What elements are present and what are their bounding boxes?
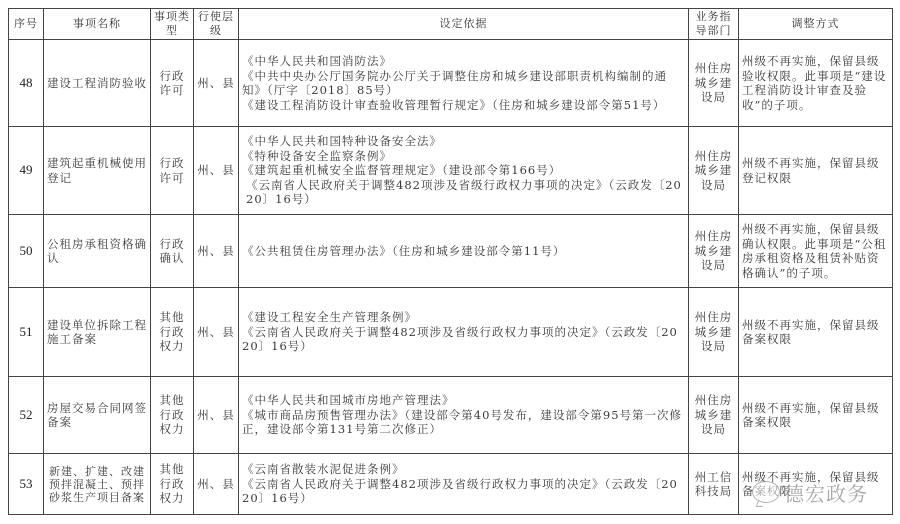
header-level: 行使层级 [194,9,239,40]
row-basis: 《云南省散装水泥促进条例》 《云南省人民政府关于调整482项涉及省级行政权力事项… [239,454,689,515]
row-type: 行政确认 [151,215,194,288]
row-dept: 州住房城乡建设局 [689,377,739,454]
row-adjust: 州级不再实施，保留县级确认权限。此事项是“公租房承租资格及租赁补贴资格确认”的子… [739,215,893,288]
adjustment-table: 序号 事项名称 事项类型 行使层级 设定依据 业务指导部门 调整方式 48 建设… [8,8,893,515]
row-type: 行政许可 [151,40,194,127]
row-adjust: 州级不再实施，保留县级登记权限 [739,127,893,215]
header-dept: 业务指导部门 [689,9,739,40]
row-dept: 州住房城乡建设局 [689,215,739,288]
row-dept: 州住房城乡建设局 [689,40,739,127]
row-type: 其他行政权力 [151,377,194,454]
row-name: 新建、扩建、改建预拌混凝土、预拌砂浆生产项目备案 [44,454,151,515]
basis-line: 《中华人民共和国特种设备安全法》 [242,134,685,149]
row-type: 其他行政权力 [151,454,194,515]
row-basis: 《公共租赁住房管理办法》（住房和城乡建设部令第11号） [239,215,689,288]
basis-line: 《云南省人民政府关于调整482项涉及省级行政权力事项的决定》（云政发〔2020〕… [242,325,685,354]
header-type: 事项类型 [151,9,194,40]
row-level: 州、县 [194,40,239,127]
basis-line: 《云南省人民政府关于调整482项涉及省级行政权力事项的决定》（云政发〔2020〕… [242,178,685,207]
header-row: 序号 事项名称 事项类型 行使层级 设定依据 业务指导部门 调整方式 [9,9,893,40]
row-name: 建筑起重机械使用登记 [44,127,151,215]
basis-line: 《中华人民共和国城市房地产管理法》 [242,393,685,408]
basis-line: 《云南省散装水泥促进条例》 [242,462,685,477]
row-basis: 《中华人民共和国特种设备安全法》 《特种设备安全监察条例》 《建筑起重机械安全监… [239,127,689,215]
row-adjust: 州级不再实施，保留县级备案权限 [739,454,893,515]
row-dept: 州住房城乡建设局 [689,288,739,377]
table-row: 49 建筑起重机械使用登记 行政许可 州、县 《中华人民共和国特种设备安全法》 … [9,127,893,215]
table-row: 50 公租房承租资格确认 行政确认 州、县 《公共租赁住房管理办法》（住房和城乡… [9,215,893,288]
row-seq: 48 [9,40,44,127]
table-row: 48 建设工程消防验收 行政许可 州、县 《中华人民共和国消防法》 《中共中央办… [9,40,893,127]
basis-line: 《公共租赁住房管理办法》（住房和城乡建设部令第11号） [242,244,685,259]
row-type: 行政许可 [151,127,194,215]
row-adjust: 州级不再实施，保留县级备案权限 [739,377,893,454]
row-basis: 《建设工程安全生产管理条例》 《云南省人民政府关于调整482项涉及省级行政权力事… [239,288,689,377]
row-name: 建设单位拆除工程施工备案 [44,288,151,377]
row-type: 其他行政权力 [151,288,194,377]
row-adjust: 州级不再实施，保留县级备案权限 [739,288,893,377]
basis-line: 《云南省人民政府关于调整482项涉及省级行政权力事项的决定》（云政发〔2020〕… [242,477,685,506]
row-name: 建设工程消防验收 [44,40,151,127]
row-basis: 《中华人民共和国城市房地产管理法》 《城市商品房预售管理办法》（建设部令第40号… [239,377,689,454]
row-name: 房屋交易合同网签备案 [44,377,151,454]
header-seq: 序号 [9,9,44,40]
basis-line: 《特种设备安全监察条例》 [242,149,685,164]
row-level: 州、县 [194,215,239,288]
header-adjust: 调整方式 [739,9,893,40]
row-level: 州、县 [194,127,239,215]
row-level: 州、县 [194,454,239,515]
row-seq: 51 [9,288,44,377]
row-seq: 49 [9,127,44,215]
table-row: 52 房屋交易合同网签备案 其他行政权力 州、县 《中华人民共和国城市房地产管理… [9,377,893,454]
table-row: 53 新建、扩建、改建预拌混凝土、预拌砂浆生产项目备案 其他行政权力 州、县 《… [9,454,893,515]
basis-line: 《建设工程安全生产管理条例》 [242,310,685,325]
basis-line: 《城市商品房预售管理办法》（建设部令第40号发布，建设部令第95号第一次修正，建… [242,408,685,437]
table-row: 51 建设单位拆除工程施工备案 其他行政权力 州、县 《建设工程安全生产管理条例… [9,288,893,377]
basis-line: 《中共中央办公厅国务院办公厅关于调整住房和城乡建设部职责机构编制的通知》（厅字〔… [242,69,685,98]
row-seq: 50 [9,215,44,288]
row-level: 州、县 [194,377,239,454]
row-seq: 52 [9,377,44,454]
row-level: 州、县 [194,288,239,377]
row-basis: 《中华人民共和国消防法》 《中共中央办公厅国务院办公厅关于调整住房和城乡建设部职… [239,40,689,127]
basis-line: 《建筑起重机械安全监督管理规定》（建设部令第166号） [242,163,685,178]
header-name: 事项名称 [44,9,151,40]
basis-line: 《中华人民共和国消防法》 [242,54,685,69]
header-basis: 设定依据 [239,9,689,40]
row-dept: 州住房城乡建设局 [689,127,739,215]
basis-line: 《建设工程消防设计审查验收管理暂行规定》（住房和城乡建设部令第51号） [242,98,685,113]
row-adjust: 州级不再实施，保留县级验收权限。此事项是“建设工程消防设计审查及验收”的子项。 [739,40,893,127]
row-dept: 州工信科技局 [689,454,739,515]
row-seq: 53 [9,454,44,515]
row-name: 公租房承租资格确认 [44,215,151,288]
